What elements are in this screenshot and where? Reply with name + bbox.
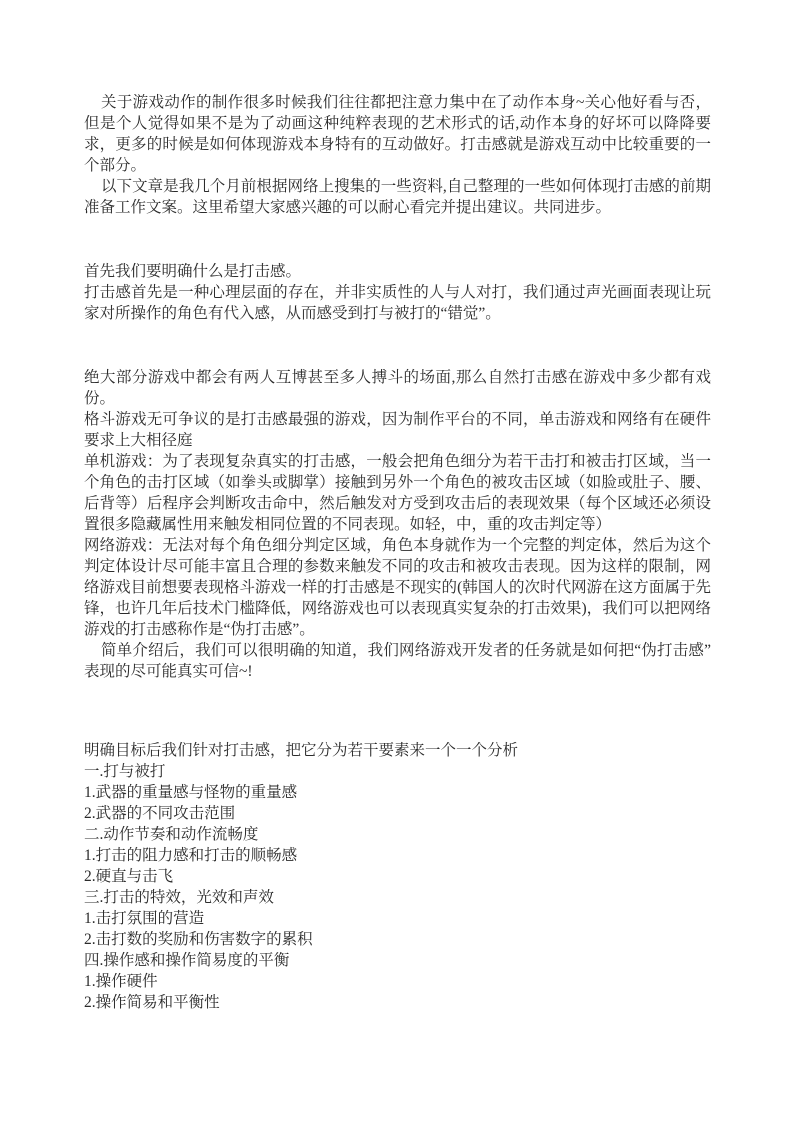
blank-gap (84, 218, 711, 261)
outline-item: 2.操作简易和平衡性 (84, 992, 711, 1013)
outline-item: 四.操作感和操作简易度的平衡 (84, 950, 711, 971)
outline-item: 2.武器的不同攻击范围 (84, 803, 711, 824)
outline-item: 2.硬直与击飞 (84, 866, 711, 887)
blank-gap (84, 682, 711, 740)
paragraph: 单机游戏：为了表现复杂真实的打击感，一般会把角色细分为若干击打和被击打区域，当一… (84, 451, 711, 535)
paragraph: 网络游戏：无法对每个角色细分判定区域，角色本身就作为一个完整的判定体，然后为这个… (84, 535, 711, 640)
outline-item: 二.动作节奏和动作流畅度 (84, 824, 711, 845)
outline-item: 1.击打氛围的营造 (84, 908, 711, 929)
analysis-section: 明确目标后我们针对打击感，把它分为若干要素来一个一个分析 一.打与被打 1.武器… (84, 740, 711, 1013)
paragraph: 首先我们要明确什么是打击感。 (84, 261, 711, 282)
paragraph: 打击感首先是一种心理层面的存在，并非实质性的人与人对打，我们通过声光画面表现让玩… (84, 282, 711, 324)
outline-item: 1.打击的阻力感和打击的顺畅感 (84, 845, 711, 866)
paragraph: 以下文章是我几个月前根据网络上搜集的一些资料,自己整理的一些如何体现打击感的前期… (84, 176, 711, 218)
outline-item: 1.操作硬件 (84, 971, 711, 992)
document-page: 关于游戏动作的制作很多时候我们往往都把注意力集中在了动作本身~关心他好看与否，但… (0, 0, 794, 1123)
outline-item: 1.武器的重量感与怪物的重量感 (84, 782, 711, 803)
intro-section: 关于游戏动作的制作很多时候我们往往都把注意力集中在了动作本身~关心他好看与否，但… (84, 92, 711, 218)
blank-gap (84, 324, 711, 367)
paragraph: 格斗游戏无可争议的是打击感最强的游戏，因为制作平台的不同，单击游戏和网络有在硬件… (84, 409, 711, 451)
analysis-outline: 一.打与被打 1.武器的重量感与怪物的重量感 2.武器的不同攻击范围 二.动作节… (84, 761, 711, 1013)
discussion-section: 绝大部分游戏中都会有两人互博甚至多人搏斗的场面,那么自然打击感在游戏中多少都有戏… (84, 367, 711, 682)
paragraph: 关于游戏动作的制作很多时候我们往往都把注意力集中在了动作本身~关心他好看与否，但… (84, 92, 711, 176)
outline-item: 2.击打数的奖励和伤害数字的累积 (84, 929, 711, 950)
outline-item: 三.打击的特效，光效和声效 (84, 887, 711, 908)
paragraph: 绝大部分游戏中都会有两人互博甚至多人搏斗的场面,那么自然打击感在游戏中多少都有戏… (84, 367, 711, 409)
analysis-intro: 明确目标后我们针对打击感，把它分为若干要素来一个一个分析 (84, 740, 711, 761)
outline-item: 一.打与被打 (84, 761, 711, 782)
definition-section: 首先我们要明确什么是打击感。 打击感首先是一种心理层面的存在，并非实质性的人与人… (84, 261, 711, 324)
paragraph: 简单介绍后，我们可以很明确的知道，我们网络游戏开发者的任务就是如何把“伪打击感”… (84, 640, 711, 682)
